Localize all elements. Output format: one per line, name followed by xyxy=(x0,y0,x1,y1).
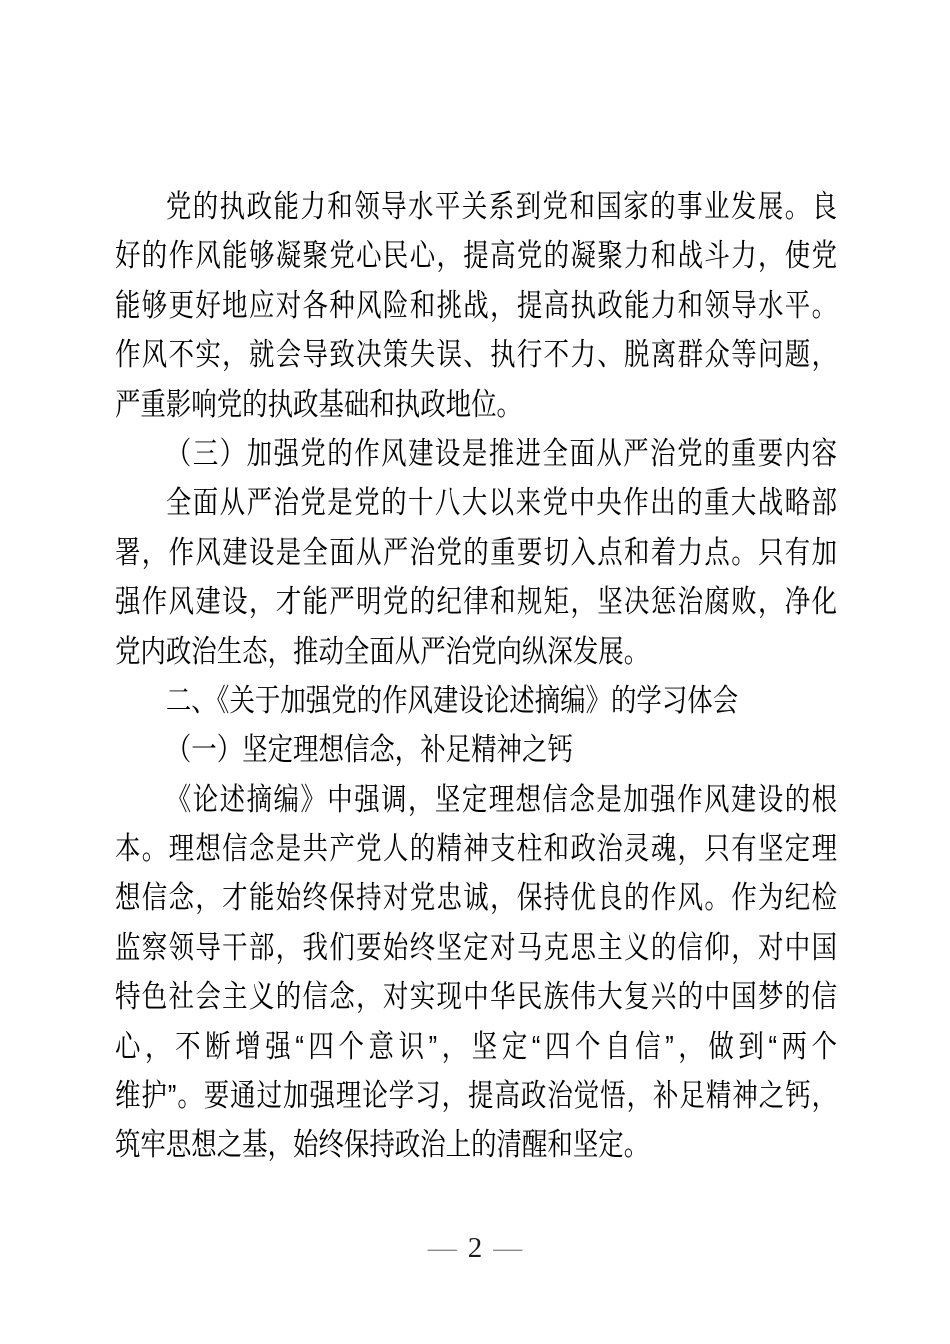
text-line: 心，不断增强“四个意识”，坚定“四个自信”，做到“两个 xyxy=(115,1022,837,1071)
text-line: 好的作风能够凝聚党心民心，提高党的凝聚力和战斗力，使党 xyxy=(115,231,837,280)
document-page: 党的执政能力和领导水平关系到党和国家的事业发展。良好的作风能够凝聚党心民心，提高… xyxy=(0,0,950,1344)
text-line: 强作风建设，才能严明党的纪律和规矩，坚决惩治腐败，净化 xyxy=(115,577,837,626)
text-line: 党内政治生态，推动全面从严治党向纵深发展。 xyxy=(115,627,837,676)
text-line: 党的执政能力和领导水平关系到党和国家的事业发展。良 xyxy=(115,182,837,231)
text-line: 全面从严治党是党的十八大以来党中央作出的重大战略部 xyxy=(115,478,837,527)
text-line: 《论述摘编》中强调，坚定理想信念是加强作风建设的根 xyxy=(115,775,837,824)
text-line: 想信念，才能始终保持对党忠诚，保持优良的作风。作为纪检 xyxy=(115,873,837,922)
text-line: 严重影响党的执政基础和执政地位。 xyxy=(115,380,837,429)
footer-dash-right: — xyxy=(493,1232,522,1264)
text-line: 二、《关于加强党的作风建设论述摘编》的学习体会 xyxy=(115,676,837,725)
text-line: 特色社会主义的信念，对实现中华民族伟大复兴的中国梦的信 xyxy=(115,972,837,1021)
text-line: 本。理想信念是共产党人的精神支柱和政治灵魂，只有坚定理 xyxy=(115,824,837,873)
text-line: 作风不实，就会导致决策失误、执行不力、脱离群众等问题， xyxy=(115,330,837,379)
text-line: 能够更好地应对各种风险和挑战，提高执政能力和领导水平。 xyxy=(115,281,837,330)
footer-dash-left: — xyxy=(428,1232,457,1264)
text-line: 筑牢思想之基，始终保持政治上的清醒和坚定。 xyxy=(115,1120,837,1169)
text-line: （三）加强党的作风建设是推进全面从严治党的重要内容 xyxy=(115,429,837,478)
page-footer: —2— xyxy=(0,1228,950,1268)
text-line: 监察领导干部，我们要始终坚定对马克思主义的信仰，对中国 xyxy=(115,923,837,972)
document-lines: 党的执政能力和领导水平关系到党和国家的事业发展。良好的作风能够凝聚党心民心，提高… xyxy=(115,182,837,1170)
page-number: 2 xyxy=(468,1232,483,1264)
text-line: 维护”。要通过加强理论学习，提高政治觉悟，补足精神之钙， xyxy=(115,1071,837,1120)
text-line: 署，作风建设是全面从严治党的重要切入点和着力点。只有加 xyxy=(115,528,837,577)
text-line: （一）坚定理想信念，补足精神之钙 xyxy=(115,725,837,774)
